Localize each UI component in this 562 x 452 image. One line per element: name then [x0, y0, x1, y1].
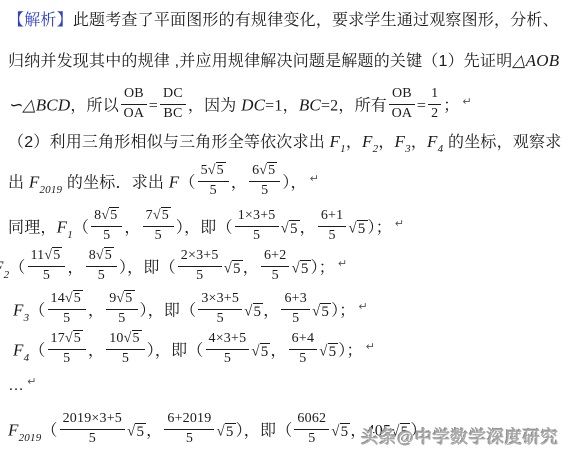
text-run: 出 [8, 175, 29, 192]
fraction: 1×3+55 [235, 208, 279, 245]
fraction: 9√55 [106, 291, 137, 328]
math-var: F [13, 341, 24, 360]
math-var: F [362, 132, 373, 151]
sqrt-radical: √5 [281, 220, 300, 237]
sqrt-radical: √5 [216, 423, 235, 440]
sqrt-radical: √5 [44, 247, 62, 263]
watermark: 头条@中学数学深度研究 [361, 423, 559, 448]
math-var: F [8, 421, 19, 440]
subscript: 2 [373, 137, 379, 161]
text-run: ， [378, 134, 394, 151]
math-var: F [330, 132, 341, 151]
text-run: （ [29, 303, 45, 320]
math-var: DC [241, 96, 265, 115]
sqrt-radical: √5 [259, 162, 277, 178]
text-run: ，所以 [70, 98, 119, 115]
return-mark: ↵ [366, 335, 375, 359]
sqrt-radical: √5 [331, 423, 350, 440]
subscript: 4 [438, 137, 444, 161]
fraction: 12 [428, 86, 441, 123]
subscript: 2 [4, 263, 10, 287]
fraction: 2019×3+55 [60, 411, 125, 448]
text-run: ， [67, 260, 83, 277]
solution-document: 【解析】此题考查了平面图形的有规律变化，要求学生通过观察图形，分析、归纳并发现其… [0, 0, 562, 452]
math-var: F [29, 173, 40, 192]
sqrt-radical: √5 [127, 423, 146, 440]
analysis-line-3: ∽△BCD，所以OBOA=DCBC，因为 DC=1，BC=2，所有OBOA=12… [8, 88, 472, 125]
math-var: F [169, 173, 180, 192]
part2-line-1: （2）利用三角形相似与三角形全等依次求出 F1，F2，F3，F4 的坐标，观察求 [8, 130, 561, 156]
text-run: （ [41, 423, 57, 440]
text-run: 此题考查了平面图形的有规律变化，要求学生通过观察图形，分析、 [73, 12, 559, 29]
fraction: 17√55 [48, 331, 87, 368]
return-mark: ↵ [395, 212, 404, 236]
sqrt-radical: √5 [116, 290, 134, 306]
math-var: F [57, 218, 68, 237]
f3-line: F3（14√55，9√55），即（3×3+55√5，6+35√5）；↵ [13, 293, 368, 330]
fraction: 6+45 [289, 331, 318, 368]
text-run: ），即（ [176, 220, 233, 237]
fraction: OBOA [389, 86, 415, 123]
return-mark: ↵ [27, 370, 36, 394]
text-run: ），即（ [140, 303, 197, 320]
document-page: { "page": { "bg": "#ffffff", "text_color… [0, 0, 562, 452]
text-run: ，因为 [188, 98, 241, 115]
analysis-line-1: 【解析】此题考查了平面图形的有规律变化，要求学生通过观察图形，分析、 [8, 9, 559, 33]
fraction: 10√55 [106, 331, 145, 368]
text-run: ，所有 [338, 98, 387, 115]
math-var: BC [299, 96, 321, 115]
text-run: ， [270, 343, 286, 360]
f2-line: F2（11√55，8√55），即（2×3+55√5，6+25√5）；↵ [0, 250, 347, 287]
math-var: F [395, 132, 406, 151]
return-mark: ↵ [310, 167, 319, 191]
fraction: 7√55 [143, 208, 174, 245]
text-run: ），即（ [236, 423, 293, 440]
text-run: ， [283, 98, 299, 115]
fraction: 11√55 [28, 248, 66, 285]
return-mark: ↵ [338, 252, 347, 276]
sqrt-radical: √5 [224, 260, 243, 277]
fraction: 60625 [294, 411, 329, 448]
text-run: ）； [368, 220, 392, 237]
fraction: 6+20195 [164, 411, 214, 448]
text-run: ， [231, 175, 247, 192]
ellipsis-line: …↵ [8, 374, 37, 398]
math-var: F [13, 301, 24, 320]
text-run: （ [73, 220, 89, 237]
math-var: △AOB [512, 51, 559, 70]
text-run: ， [346, 134, 362, 151]
fraction: OBOA [121, 86, 147, 123]
subscript: 4 [24, 346, 30, 370]
text-run: 归纳并发现其中的规律 ,并应用规律解决问题是解题的关键（1）先证明 [8, 53, 512, 70]
fraction: DCBC [160, 86, 186, 123]
sqrt-radical: √5 [96, 247, 114, 263]
text-run: 同理， [8, 220, 57, 237]
sqrt-radical: √5 [251, 343, 270, 360]
f1-line: 同理，F1（8√55，7√55），即（1×3+55√5，6+15√5）；↵ [8, 210, 404, 247]
text-run: ， [146, 423, 162, 440]
sqrt-radical: √5 [101, 207, 119, 223]
math-num: =2 [321, 98, 338, 115]
text-run: ， [88, 303, 104, 320]
math-num: = [149, 98, 158, 115]
text-run: ）， [282, 175, 306, 192]
fraction: 4×3+55 [206, 331, 250, 368]
return-mark: ↵ [462, 90, 471, 114]
fraction: 8√55 [91, 208, 122, 245]
subscript: 1 [340, 137, 346, 161]
fraction: 14√55 [48, 291, 87, 328]
fraction: 8√55 [86, 248, 117, 285]
text-run: ）； [338, 343, 362, 360]
analysis-line-2: 归纳并发现其中的规律 ,并应用规律解决问题是解题的关键（1）先证明△AOB [8, 49, 559, 74]
text-run: ， [124, 220, 140, 237]
text-run: 的坐标，观察求 [443, 134, 561, 151]
text-run: ）； [311, 260, 335, 277]
sqrt-radical: √5 [65, 290, 83, 306]
subscript: 2019 [39, 178, 62, 202]
fraction: 2×3+55 [178, 248, 222, 285]
section-label: 【解析】 [8, 12, 73, 29]
text-run: （2）利用三角形相似与三角形全等依次求出 [8, 134, 330, 151]
text-run: （ [29, 343, 45, 360]
text-run: ），即（ [147, 343, 204, 360]
text-run: （ [9, 260, 25, 277]
fraction: 6√55 [249, 163, 280, 200]
subscript: 3 [405, 137, 411, 161]
text-run: ）； [331, 303, 355, 320]
return-mark: ↵ [359, 295, 368, 319]
text-run: ， [88, 343, 104, 360]
text-run: 的坐标．求出 [62, 175, 169, 192]
fraction: 6+15 [318, 208, 347, 245]
sqrt-radical: √5 [291, 260, 310, 277]
sqrt-radical: √5 [65, 330, 83, 346]
fraction: 5√55 [198, 163, 229, 200]
text-run: ， [263, 303, 279, 320]
fraction: 6+35 [281, 291, 310, 328]
sqrt-radical: √5 [153, 207, 171, 223]
fraction: 6+25 [261, 248, 290, 285]
fraction: 3×3+55 [198, 291, 242, 328]
math-var: F [427, 132, 438, 151]
text-run: ， [411, 134, 427, 151]
text-run: ； [443, 98, 459, 115]
sqrt-radical: √5 [312, 303, 331, 320]
text-run: … [8, 377, 24, 394]
part2-line-2: 出 F2019 的坐标．求出 F（5√55，6√55），↵ [8, 165, 319, 202]
text-run: ），即（ [119, 260, 176, 277]
math-var: ∽△BCD [8, 96, 70, 115]
math-num: = [417, 98, 426, 115]
sqrt-radical: √5 [319, 343, 338, 360]
sqrt-radical: √5 [244, 303, 263, 320]
math-num: =1 [265, 98, 282, 115]
text-run: ， [243, 260, 259, 277]
subscript: 1 [67, 223, 73, 247]
subscript: 3 [24, 306, 30, 330]
text-run: ， [300, 220, 316, 237]
sqrt-radical: √5 [348, 220, 367, 237]
text-run: （ [179, 175, 195, 192]
f4-line: F4（17√55，10√55），即（4×3+55√5，6+45√5）；↵ [13, 333, 375, 370]
sqrt-radical: √5 [124, 330, 142, 346]
subscript: 2019 [19, 426, 42, 450]
sqrt-radical: √5 [208, 162, 226, 178]
